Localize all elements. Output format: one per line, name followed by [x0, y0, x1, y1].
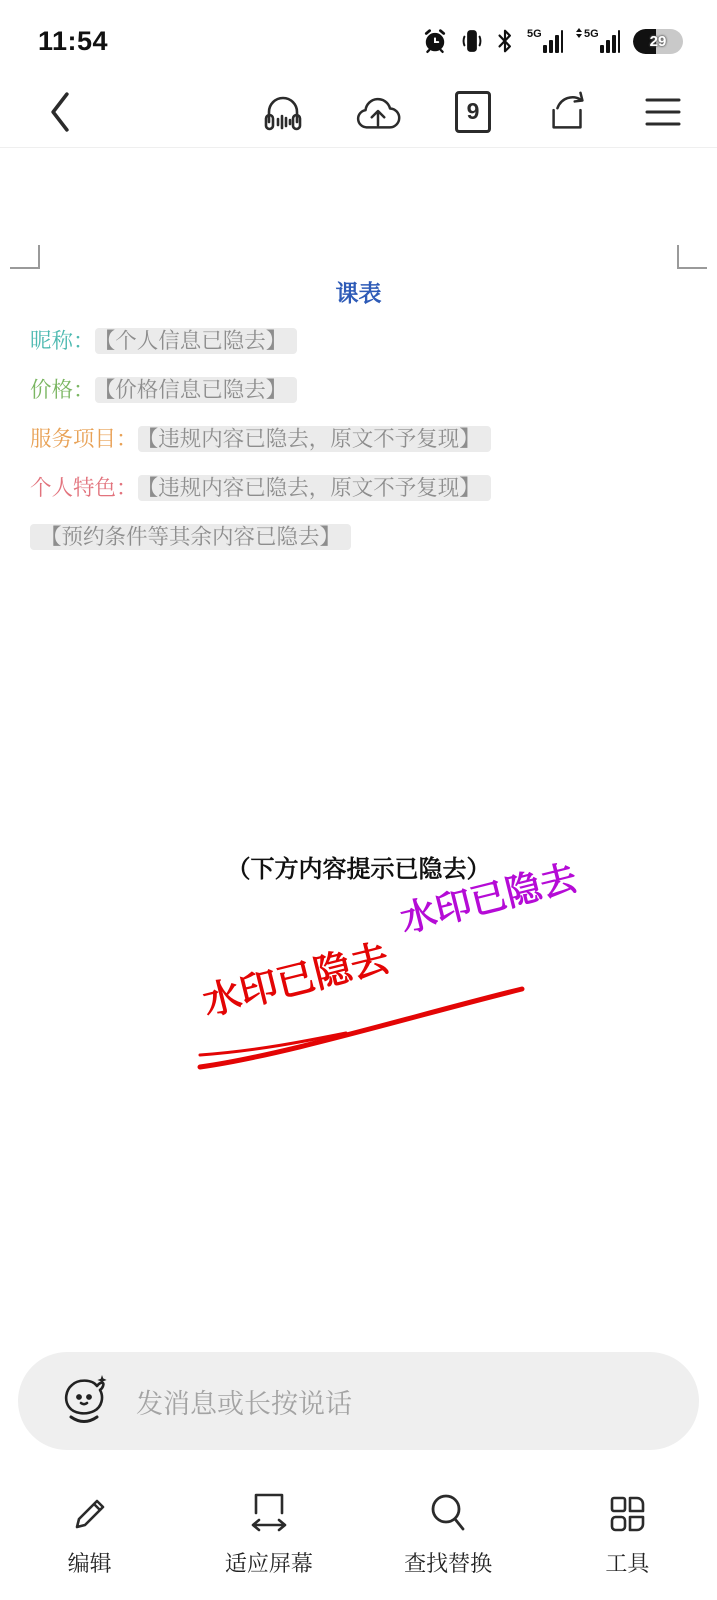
edit-button[interactable]: 编辑 [0, 1468, 179, 1600]
redacted-value: 【价格信息已隐去】 [95, 377, 298, 403]
redacted-value: 【个人信息已隐去】 [95, 328, 298, 354]
signal-5g-icon: 5G [527, 27, 563, 55]
alarm-icon [422, 28, 448, 54]
find-replace-label: 查找替换 [404, 1547, 492, 1578]
field-price: 价格：【价格信息已隐去】 [30, 366, 691, 415]
field-services-label: 服务项目： [30, 427, 138, 451]
watermark-underline-swoosh [196, 985, 526, 1075]
status-icons: 5G 5G 29 [422, 27, 683, 55]
field-nickname: 昵称：【个人信息已隐去】 [30, 317, 691, 366]
document-body: 昵称：【个人信息已隐去】 价格：【价格信息已隐去】 服务项目：【违规内容已隐去，… [30, 317, 691, 562]
page-corner-mark-left [10, 245, 40, 269]
field-features-label: 个人特色： [30, 476, 138, 500]
fit-screen-icon [248, 1491, 290, 1535]
bottom-toolbar: 编辑 适应屏幕 查找替换 [0, 1468, 717, 1600]
find-replace-button[interactable]: 查找替换 [359, 1468, 538, 1600]
message-input-bar[interactable]: 发消息或长按说话 [18, 1352, 699, 1450]
svg-text:5G: 5G [584, 28, 599, 40]
menu-icon[interactable] [639, 88, 687, 136]
document-center-note: （下方内容提示已隐去） [0, 849, 717, 884]
field-services: 服务项目：【违规内容已隐去，原文不予复现】 [30, 415, 691, 464]
status-bar: 11:54 [0, 0, 717, 68]
message-input-placeholder[interactable]: 发消息或长按说话 [136, 1382, 352, 1421]
phone-screen: 11:54 [0, 0, 717, 1600]
nav-actions: 9 [259, 88, 687, 136]
clock-time: 11:54 [38, 26, 108, 57]
tools-grid-icon [606, 1491, 648, 1535]
field-nickname-label: 昵称： [30, 329, 95, 353]
page-count-value: 9 [455, 91, 491, 133]
page-count-button[interactable]: 9 [449, 88, 497, 136]
battery-percent: 29 [633, 29, 683, 54]
nav-bar: 9 [0, 76, 717, 148]
redacted-value: 【预约条件等其余内容已隐去】 [30, 524, 351, 550]
edit-label: 编辑 [68, 1547, 112, 1578]
field-conditions: 【预约条件等其余内容已隐去】 [30, 513, 691, 562]
back-button[interactable] [36, 88, 84, 136]
document-title: 课表 [0, 275, 717, 308]
read-aloud-headphones-icon[interactable] [259, 88, 307, 136]
redacted-value: 【违规内容已隐去，原文不予复现】 [138, 426, 491, 452]
field-price-label: 价格： [30, 378, 95, 402]
cloud-upload-icon[interactable] [354, 88, 402, 136]
pencil-icon [69, 1491, 111, 1535]
search-icon [427, 1491, 469, 1535]
battery-icon: 29 [633, 29, 683, 54]
vibrate-icon [461, 28, 483, 54]
share-icon[interactable] [544, 88, 592, 136]
tools-button[interactable]: 工具 [538, 1468, 717, 1600]
field-features: 个人特色：【违规内容已隐去，原文不予复现】 [30, 464, 691, 513]
fit-screen-button[interactable]: 适应屏幕 [179, 1468, 358, 1600]
fit-screen-label: 适应屏幕 [225, 1547, 313, 1578]
redacted-value: 【违规内容已隐去，原文不予复现】 [138, 475, 491, 501]
tools-label: 工具 [605, 1547, 649, 1578]
ai-assistant-mascot-icon[interactable] [58, 1373, 110, 1429]
signal-5g-dual-icon: 5G [576, 27, 620, 55]
svg-text:5G: 5G [527, 28, 542, 40]
bluetooth-icon [496, 28, 514, 54]
page-corner-mark-right [677, 245, 707, 269]
